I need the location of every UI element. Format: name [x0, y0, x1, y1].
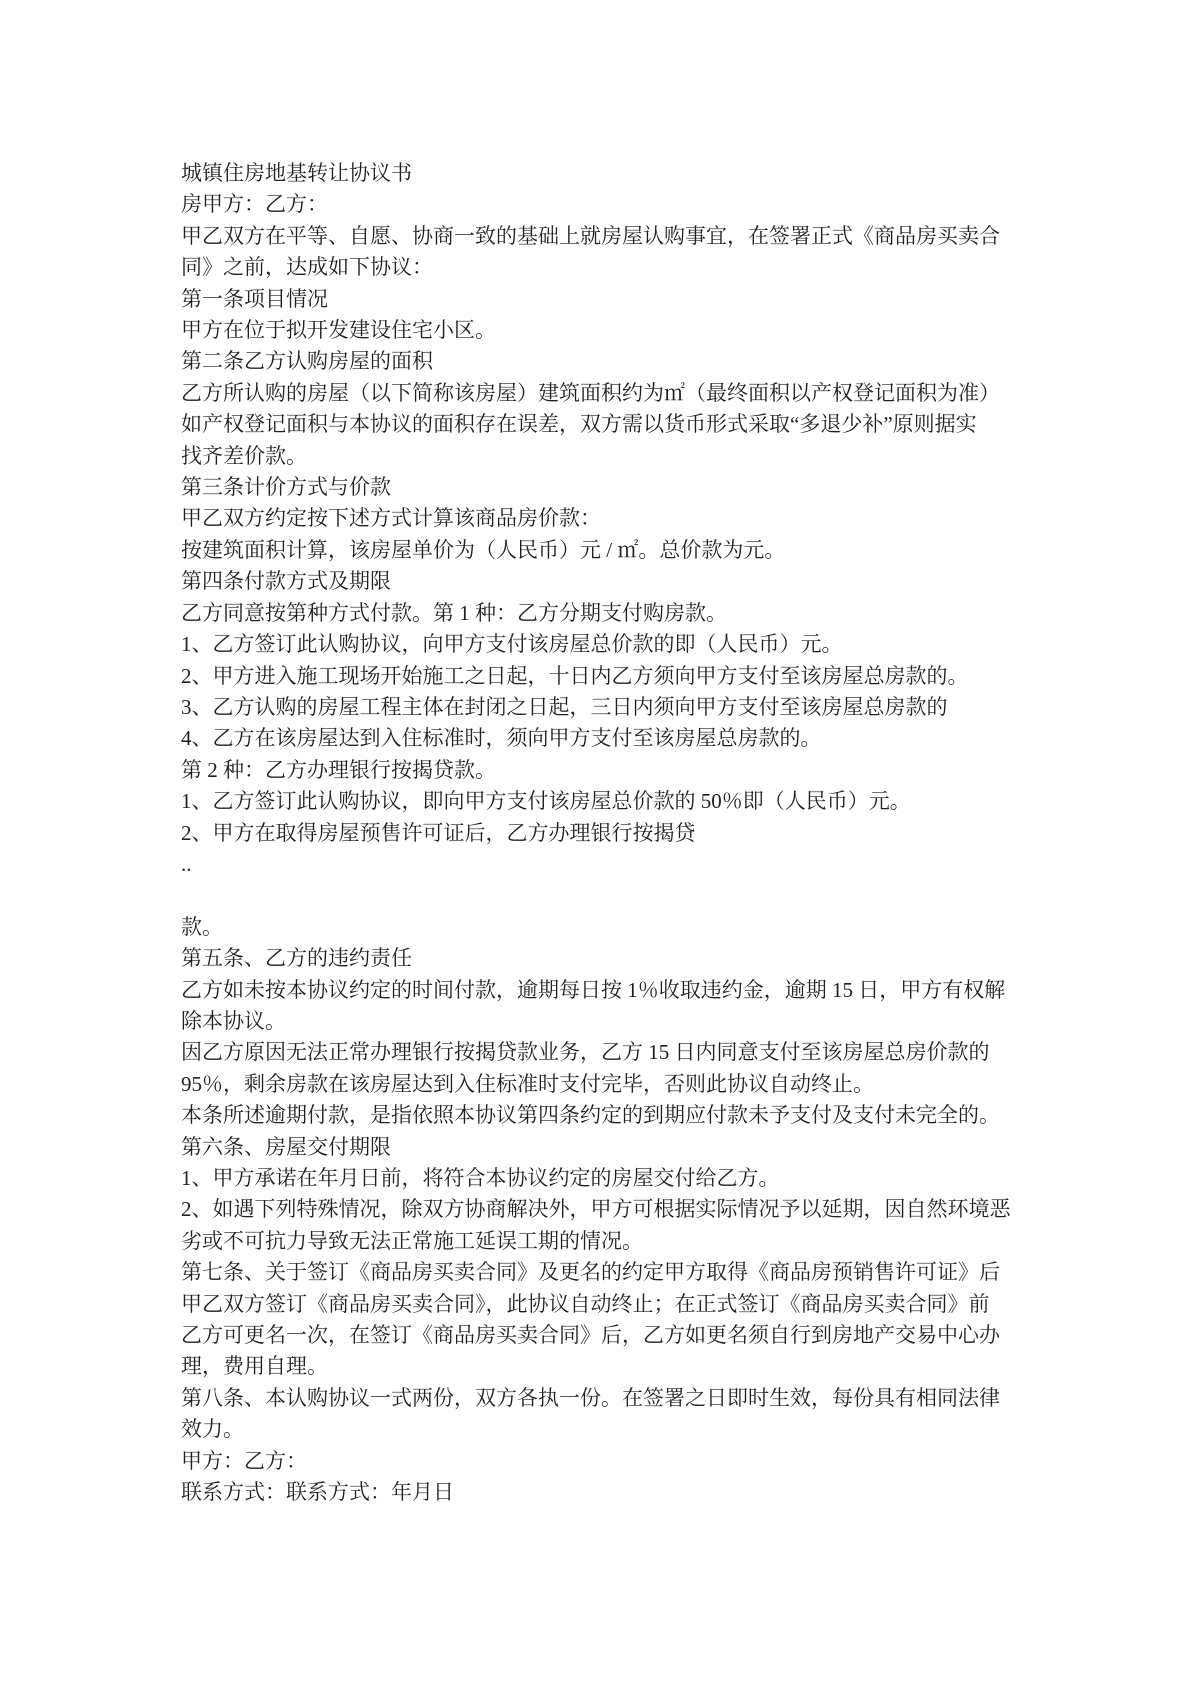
- text-line: 乙方所认购的房屋（以下简称该房屋）建筑面积约为㎡（最终面积以产权登记面积为准）: [181, 378, 1086, 409]
- document-title: 城镇住房地基转让协议书: [181, 158, 1086, 189]
- text-line: 除本协议。: [181, 1006, 1086, 1037]
- text-line: 甲乙双方签订《商品房买卖合同》，此协议自动终止；在正式签订《商品房买卖合同》前: [181, 1289, 1086, 1320]
- text-line: 甲乙双方约定按下述方式计算该商品房价款：: [181, 503, 1086, 534]
- text-line: 1、乙方签订此认购协议，即向甲方支付该房屋总价款的 50％即（人民币）元。: [181, 786, 1086, 817]
- blank-line: [181, 880, 1086, 911]
- document-page: 城镇住房地基转让协议书房甲方：乙方：甲乙双方在平等、自愿、协商一致的基础上就房屋…: [0, 0, 1190, 1683]
- text-line: 甲方：乙方：: [181, 1446, 1086, 1477]
- text-line: 第五条、乙方的违约责任: [181, 943, 1086, 974]
- ellipsis-line: ..: [181, 849, 1086, 880]
- text-line: 劣或不可抗力导致无法正常施工延误工期的情况。: [181, 1226, 1086, 1257]
- text-line: 4、乙方在该房屋达到入住标准时，须向甲方支付至该房屋总房款的。: [181, 723, 1086, 754]
- text-line: 联系方式：联系方式：年月日: [181, 1477, 1086, 1508]
- text-line: 第二条乙方认购房屋的面积: [181, 346, 1086, 377]
- text-line: 本条所述逾期付款，是指依照本协议第四条约定的到期应付款未予支付及支付未完全的。: [181, 1100, 1086, 1131]
- text-line: 理，费用自理。: [181, 1351, 1086, 1382]
- text-line: 款。: [181, 912, 1086, 943]
- text-line: 第一条项目情况: [181, 284, 1086, 315]
- text-line: 乙方如未按本协议约定的时间付款，逾期每日按 1％收取违约金，逾期 15 日，甲方…: [181, 975, 1086, 1006]
- text-line: 第六条、房屋交付期限: [181, 1132, 1086, 1163]
- text-line: 乙方同意按第种方式付款。第 1 种：乙方分期支付购房款。: [181, 598, 1086, 629]
- text-line: 第四条付款方式及期限: [181, 566, 1086, 597]
- text-line: 2、甲方在取得房屋预售许可证后，乙方办理银行按揭贷: [181, 818, 1086, 849]
- text-line: 1、乙方签订此认购协议，向甲方支付该房屋总价款的即（人民币）元。: [181, 629, 1086, 660]
- text-line: 第七条、关于签订《商品房买卖合同》及更名的约定甲方取得《商品房预销售许可证》后: [181, 1257, 1086, 1288]
- text-line: 效力。: [181, 1414, 1086, 1445]
- text-line: 同》之前，达成如下协议：: [181, 252, 1086, 283]
- document-body: 城镇住房地基转让协议书房甲方：乙方：甲乙双方在平等、自愿、协商一致的基础上就房屋…: [181, 158, 1086, 1508]
- text-line: 95％，剩余房款在该房屋达到入住标准时支付完毕，否则此协议自动终止。: [181, 1069, 1086, 1100]
- text-line: 2、如遇下列特殊情况，除双方协商解决外，甲方可根据实际情况予以延期，因自然环境恶: [181, 1194, 1086, 1225]
- text-line: 第三条计价方式与价款: [181, 472, 1086, 503]
- text-line: 甲乙双方在平等、自愿、协商一致的基础上就房屋认购事宜，在签署正式《商品房买卖合: [181, 221, 1086, 252]
- text-line: 找齐差价款。: [181, 441, 1086, 472]
- text-line: 3、乙方认购的房屋工程主体在封闭之日起，三日内须向甲方支付至该房屋总房款的: [181, 692, 1086, 723]
- text-line: 房甲方：乙方：: [181, 189, 1086, 220]
- text-line: 因乙方原因无法正常办理银行按揭贷款业务，乙方 15 日内同意支付至该房屋总房价款…: [181, 1037, 1086, 1068]
- text-line: 如产权登记面积与本协议的面积存在误差，双方需以货币形式采取“多退少补”原则据实: [181, 409, 1086, 440]
- text-line: 2、甲方进入施工现场开始施工之日起，十日内乙方须向甲方支付至该房屋总房款的。: [181, 661, 1086, 692]
- text-line: 按建筑面积计算，该房屋单价为（人民币）元 / ㎡。总价款为元。: [181, 535, 1086, 566]
- text-line: 甲方在位于拟开发建设住宅小区。: [181, 315, 1086, 346]
- text-line: 第 2 种：乙方办理银行按揭贷款。: [181, 755, 1086, 786]
- text-line: 1、甲方承诺在年月日前，将符合本协议约定的房屋交付给乙方。: [181, 1163, 1086, 1194]
- text-line: 第八条、本认购协议一式两份，双方各执一份。在签署之日即时生效，每份具有相同法律: [181, 1383, 1086, 1414]
- text-line: 乙方可更名一次，在签订《商品房买卖合同》后，乙方如更名须自行到房地产交易中心办: [181, 1320, 1086, 1351]
